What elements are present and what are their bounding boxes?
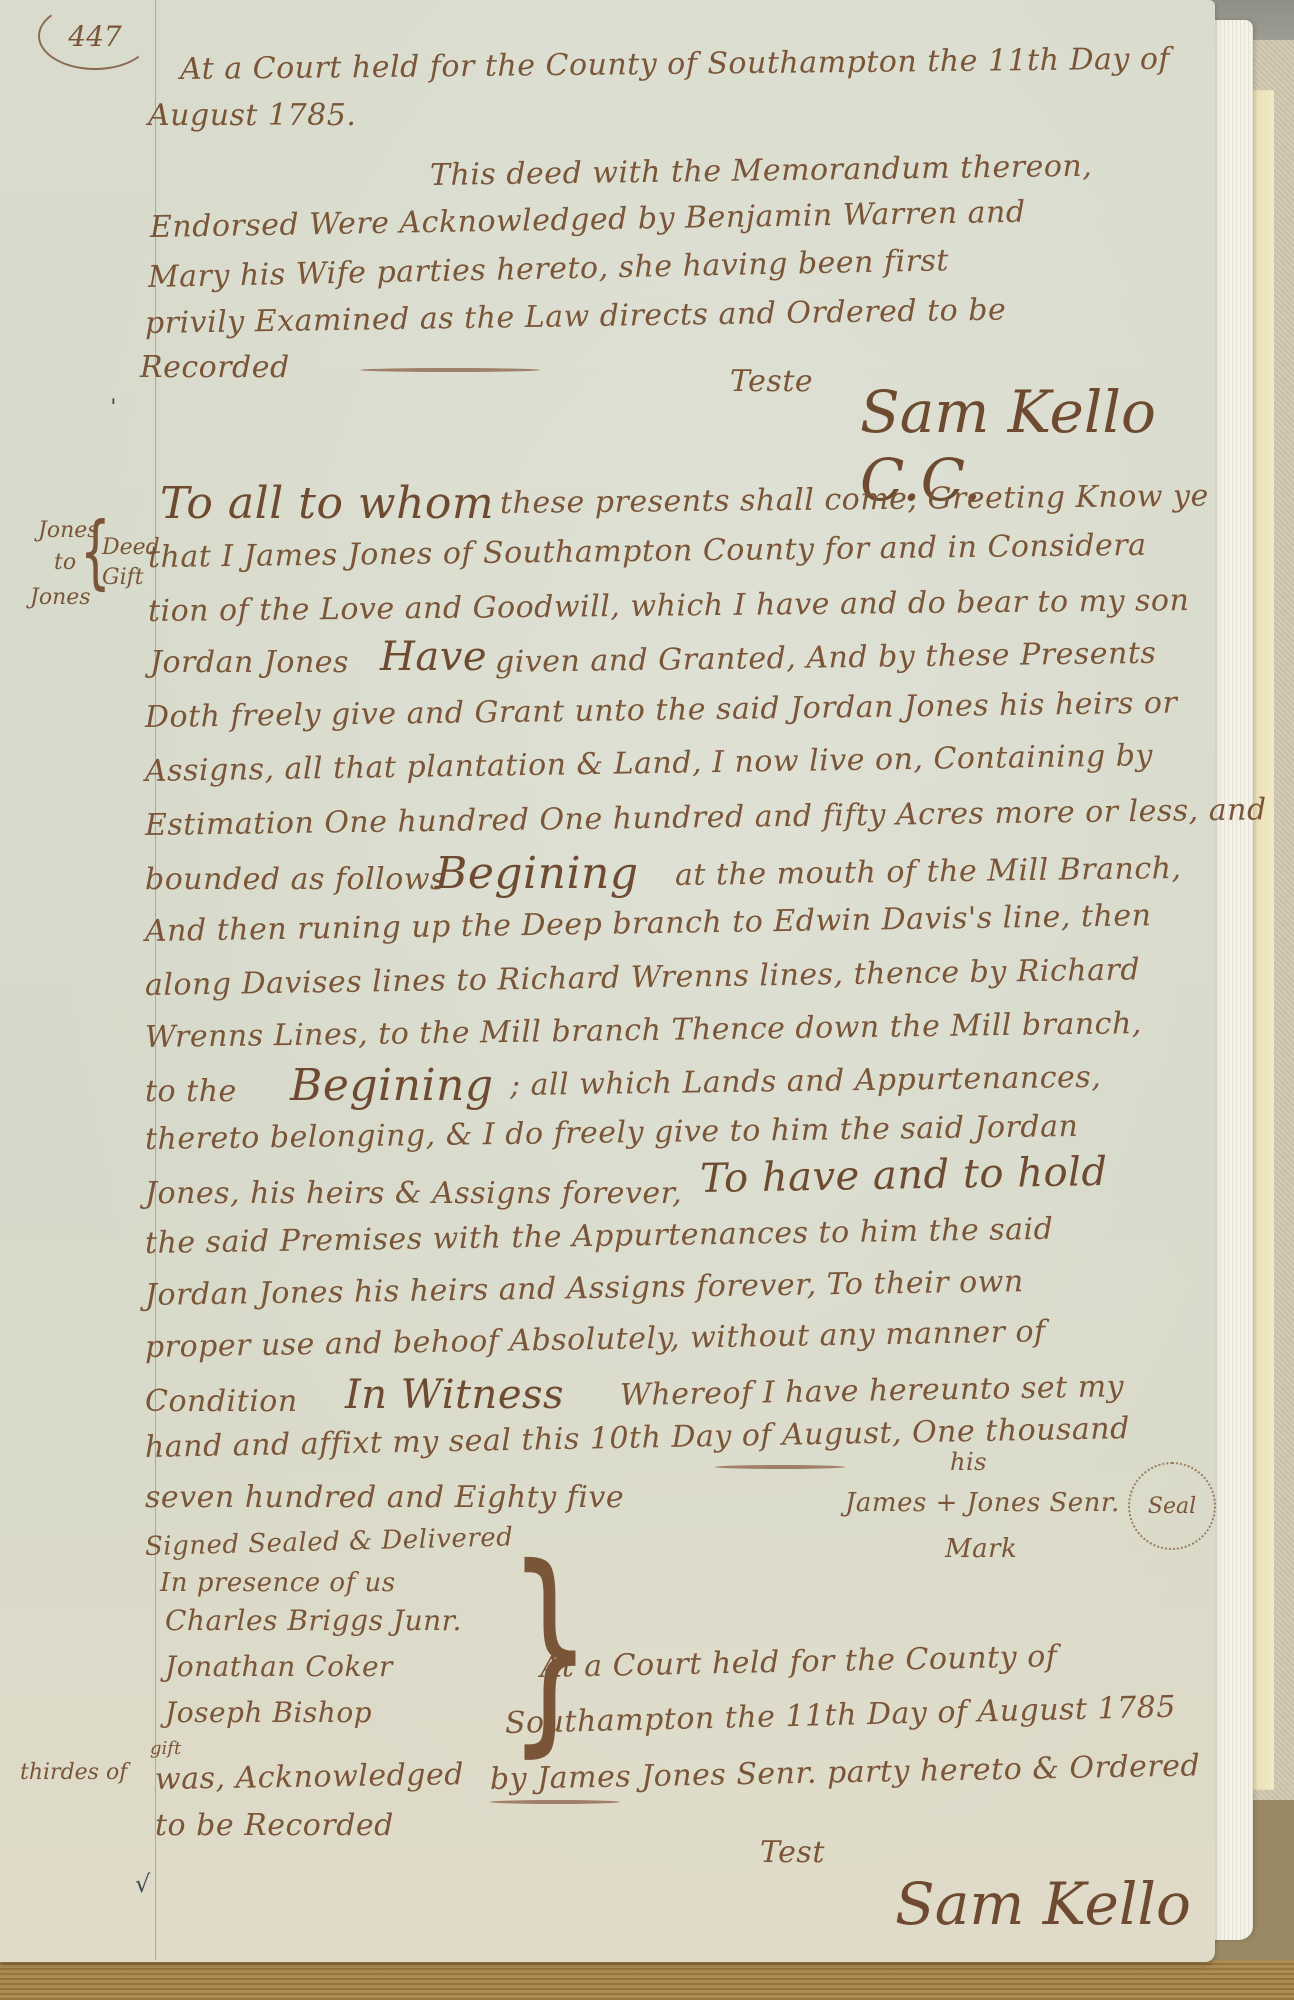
entry-line: August 1785. — [148, 98, 356, 133]
signature-name: James + Jones Senr. — [845, 1488, 1120, 1518]
deed-line: tion of the Love and Goodwill, which I h… — [148, 583, 1190, 629]
deed-line: these presents shall come, Greeting Know… — [500, 479, 1209, 521]
pencil-mark: ˈ — [110, 395, 117, 423]
entry-line: At a Court held for the County of Southa… — [180, 42, 1170, 87]
deed-line: Assigns, all that plantation & Land, I n… — [145, 738, 1153, 789]
wooden-table — [0, 1960, 1294, 2000]
entry-line: Mary his Wife parties hereto, she having… — [148, 243, 950, 295]
page-number: 447 — [38, 2, 152, 70]
deed-line: bounded as follows — [145, 862, 446, 897]
entry-line: Southampton the 11th Day of August 1785 — [505, 1690, 1177, 1741]
witness-name: Charles Briggs Junr. — [165, 1604, 462, 1637]
entry-line: privily Examined as the Law directs and … — [145, 292, 1007, 341]
deed-line: given and Granted, And by these Presents — [495, 636, 1157, 680]
manuscript-page: 447 At a Court held for the County of So… — [0, 0, 1215, 1962]
endpaper — [1250, 90, 1274, 1790]
entry-line: At a Court held for the County of — [540, 1639, 1058, 1685]
deed-line: the said Premises with the Appurtenances… — [145, 1212, 1054, 1261]
deed-line: along Davises lines to Richard Wrenns li… — [145, 952, 1141, 1003]
deed-emphasis-begining: Begining — [435, 848, 639, 899]
flourish — [490, 1800, 620, 1804]
deed-line: Jordan Jones his heirs and Assigns forev… — [145, 1264, 1024, 1313]
deed-line: Wrenns Lines, to the Mill branch Thence … — [145, 1006, 1142, 1055]
entry-line: was, Acknowledged — [155, 1757, 464, 1797]
entry-line: to be Recorded — [155, 1808, 394, 1843]
deed-line: ; all which Lands and Appurtenances, — [510, 1060, 1102, 1103]
entry-line: Recorded — [140, 350, 290, 385]
margin-to: to — [54, 550, 76, 575]
signature-mark: Mark — [945, 1534, 1017, 1564]
deed-opening: To all to whom — [160, 478, 494, 529]
deed-emphasis-in-witness: In Witness — [345, 1372, 564, 1418]
pencil-checkmark: √ — [135, 1870, 150, 1898]
deed-line: Estimation One hundred One hundred and f… — [145, 792, 1267, 843]
clerk-signature: Sam Kello — [895, 1870, 1191, 1938]
deed-line: proper use and behoof Absolutely, withou… — [145, 1314, 1046, 1365]
deed-line: to the — [145, 1074, 237, 1109]
test-label: Test — [760, 1835, 825, 1870]
signature-his: his — [950, 1448, 987, 1476]
entry-line: by James Jones Senr. party hereto & Orde… — [490, 1748, 1201, 1797]
deed-line: Condition — [145, 1384, 298, 1419]
teste-label: Teste — [730, 364, 813, 399]
witness-name: Joseph Bishop — [165, 1696, 372, 1729]
deed-line: And then runing up the Deep branch to Ed… — [145, 898, 1152, 949]
margin-lower-insert: gift — [150, 1738, 181, 1759]
deed-emphasis-have: Have — [380, 634, 487, 680]
seal-label: Seal — [1148, 1494, 1196, 1519]
flourish — [360, 368, 540, 372]
deed-line: that I James Jones of Southampton County… — [148, 528, 1147, 575]
deed-line: Jordan Jones — [150, 645, 349, 680]
deed-line: Jones, his heirs & Assigns forever, — [145, 1176, 682, 1211]
deed-line: at the mouth of the Mill Branch, — [675, 851, 1182, 893]
deed-emphasis-habendum: To have and to hold — [700, 1149, 1108, 1202]
witness-heading: Signed Sealed & Delivered — [145, 1522, 514, 1562]
deed-line: Whereof I have hereunto set my — [620, 1369, 1125, 1413]
deed-line: thereto belonging, & I do freely give to… — [145, 1109, 1079, 1157]
deed-emphasis-begining-2: Begining — [290, 1060, 494, 1111]
witness-name: Jonathan Coker — [165, 1650, 393, 1683]
margin-type-gift: Gift — [102, 565, 144, 590]
deed-line: Doth freely give and Grant unto the said… — [145, 686, 1178, 735]
flourish — [715, 1465, 845, 1469]
seal-icon: Seal — [1128, 1462, 1216, 1550]
entry-line: This deed with the Memorandum thereon, — [430, 149, 1093, 193]
deed-line: seven hundred and Eighty five — [145, 1480, 624, 1515]
entry-line: Endorsed Were Acknowledged by Benjamin W… — [150, 195, 1026, 245]
margin-lower-note: thirdes of — [20, 1760, 127, 1785]
witness-heading: In presence of us — [160, 1568, 396, 1598]
